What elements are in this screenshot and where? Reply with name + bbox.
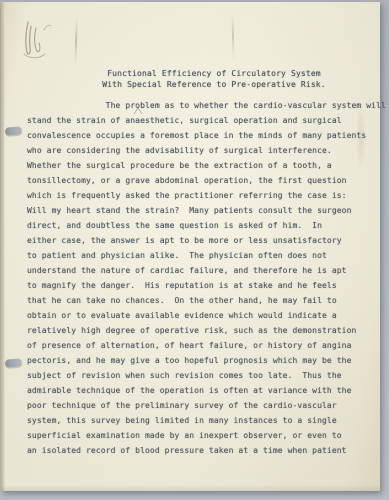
photo-background: Functional Efficiency of Circulatory Sys… xyxy=(0,0,389,500)
title-line-1: Functional Efficiency of Circulatory Sys… xyxy=(49,68,379,79)
page-left-edge xyxy=(1,2,5,491)
document-title: Functional Efficiency of Circulatory Sys… xyxy=(27,68,379,90)
document-page: Functional Efficiency of Circulatory Sys… xyxy=(1,2,380,491)
crease-mark-left xyxy=(74,18,78,68)
document-body-paragraph: The problem as to whether the cardio-vas… xyxy=(27,98,386,458)
crease-mark-center xyxy=(232,14,235,62)
pencil-scribble-annotation xyxy=(17,16,63,68)
fastener-mark-bottom xyxy=(5,358,23,367)
title-line-2: With Special Reference to Pre-operative … xyxy=(49,79,379,90)
fastener-mark-top xyxy=(5,126,23,135)
